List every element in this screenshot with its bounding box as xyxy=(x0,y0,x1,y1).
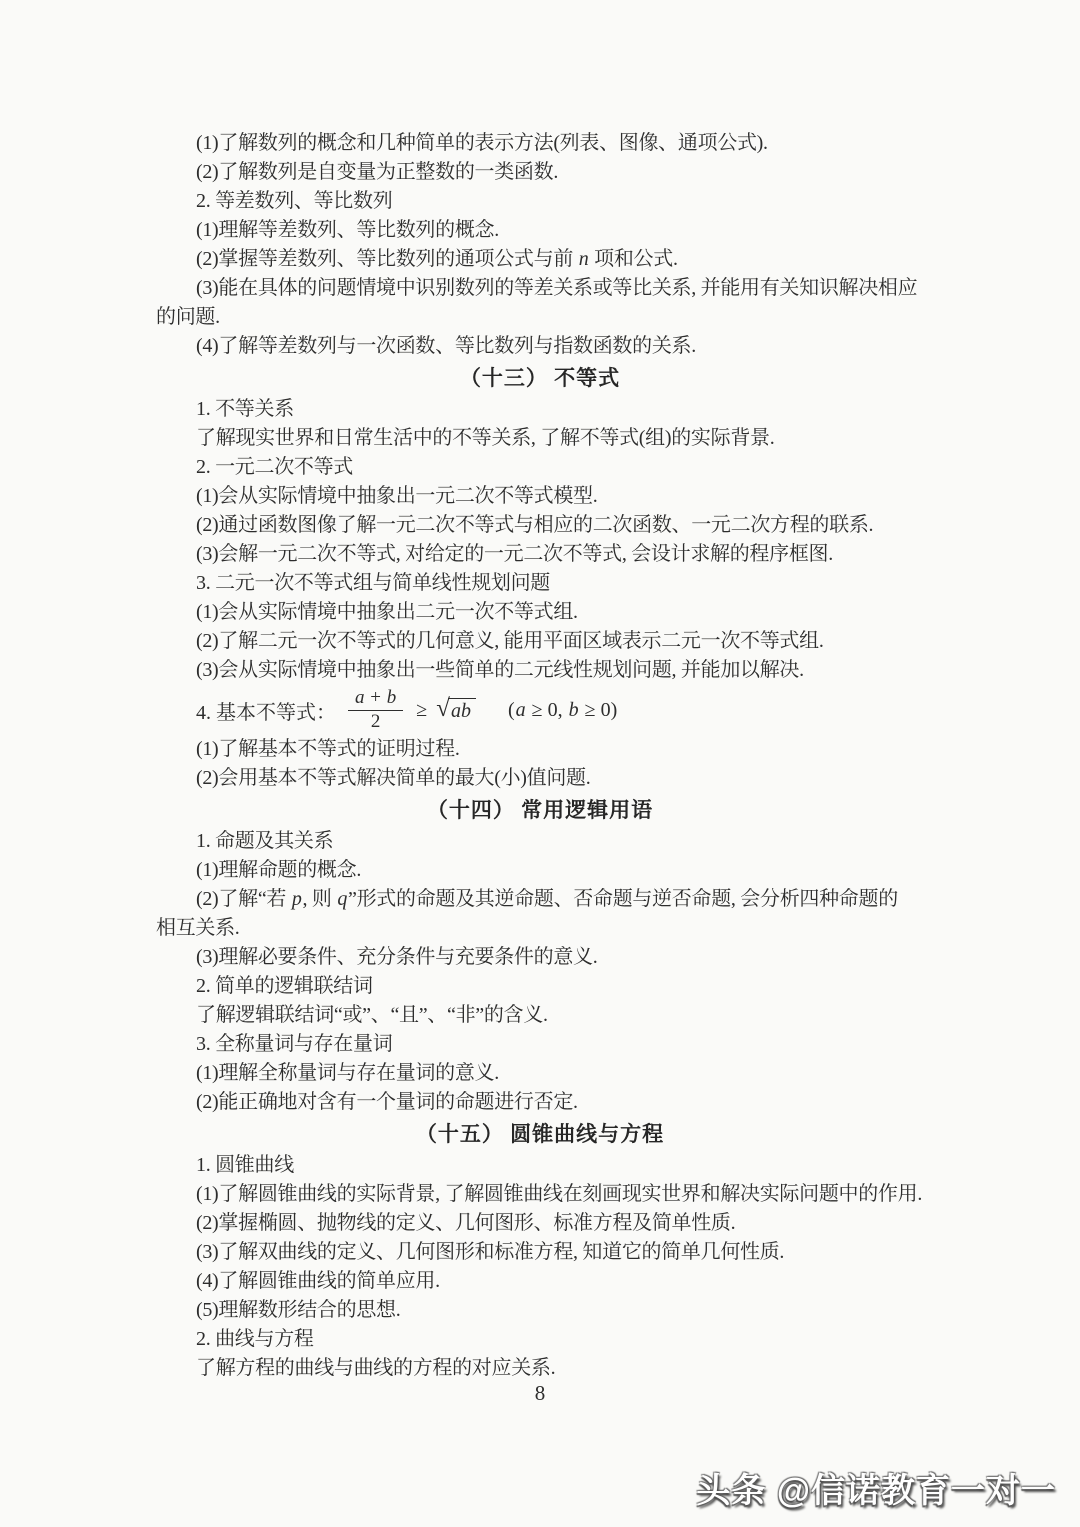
formula-condition: (a ≥ 0, b ≥ 0) xyxy=(508,699,617,722)
text-line: 1. 命题及其关系 xyxy=(156,827,924,856)
text-line: (4)了解圆锥曲线的简单应用. xyxy=(156,1267,924,1296)
text-line: (1)了解数列的概念和几种简单的表示方法(列表、图像、通项公式). xyxy=(156,129,924,158)
text-line: (2)能正确地对含有一个量词的命题进行否定. xyxy=(156,1088,924,1117)
text-line: (3)了解双曲线的定义、几何图形和标准方程, 知道它的简单几何性质. xyxy=(156,1238,924,1267)
text-line: 2. 简单的逻辑联结词 xyxy=(156,972,924,1001)
fraction-numerator: a + b xyxy=(348,688,403,711)
math-variable: ab xyxy=(450,700,472,722)
text-line: (1)了解基本不等式的证明过程. xyxy=(156,735,924,764)
text-line: 2. 等差数列、等比数列 xyxy=(156,187,924,216)
text-line: (2)掌握椭圆、抛物线的定义、几何图形、标准方程及简单性质. xyxy=(156,1209,924,1238)
text-line: (1)了解圆锥曲线的实际背景, 了解圆锥曲线在刻画现实世界和解决实际问题中的作用… xyxy=(156,1180,924,1209)
text-line: (1)理解全称量词与存在量词的意义. xyxy=(156,1059,924,1088)
formula-label: 4. 基本不等式： xyxy=(196,696,336,725)
text-line: (2)通过函数图像了解一元二次不等式与相应的二次函数、一元二次方程的联系. xyxy=(156,511,924,540)
math-variable: q xyxy=(336,888,348,910)
radical: √ab xyxy=(436,698,476,723)
text-line: 1. 圆锥曲线 xyxy=(156,1151,924,1180)
relation-symbol: ≥ xyxy=(416,699,427,722)
text-line: 1. 不等关系 xyxy=(156,395,924,424)
text-line: (2)了解数列是自变量为正整数的一类函数. xyxy=(156,158,924,187)
formula-line: 4. 基本不等式：a + b2≥√ab(a ≥ 0, b ≥ 0) xyxy=(156,685,924,735)
radical-sign-icon: √ xyxy=(436,696,450,721)
text-line: (5)理解数形结合的思想. xyxy=(156,1296,924,1325)
content-lines: (1)了解数列的概念和几种简单的表示方法(列表、图像、通项公式).(2)了解数列… xyxy=(156,129,924,1383)
math-variable: b xyxy=(386,687,398,708)
text-line: (3)能在具体的问题情境中识别数列的等差关系或等比关系, 并能用有关知识解决相应 xyxy=(156,274,924,303)
watermark: 头条 @信诺教育一对一 xyxy=(696,1463,1056,1512)
text-line: (4)了解等差数列与一次函数、等比数列与指数函数的关系. xyxy=(156,332,924,361)
text-line: (1)理解命题的概念. xyxy=(156,856,924,885)
section-heading: （十四） 常用逻辑用语 xyxy=(156,796,924,825)
text-line: 了解现实世界和日常生活中的不等关系, 了解不等式(组)的实际背景. xyxy=(156,424,924,453)
math-variable: b xyxy=(568,699,580,721)
section-heading: （十三） 不等式 xyxy=(156,364,924,393)
text-line: (1)理解等差数列、等比数列的概念. xyxy=(156,216,924,245)
text-line: (2)会用基本不等式解决简单的最大(小)值问题. xyxy=(156,764,924,793)
text-line: (2)掌握等差数列、等比数列的通项公式与前 n 项和公式. xyxy=(156,245,924,274)
text-line: (3)会从实际情境中抽象出一些简单的二元线性规划问题, 并能加以解决. xyxy=(156,656,924,685)
fraction-denominator: 2 xyxy=(371,711,381,733)
text-line: 了解逻辑联结词“或”、“且”、“非”的含义. xyxy=(156,1001,924,1030)
text-line: 3. 二元一次不等式组与简单线性规划问题 xyxy=(156,569,924,598)
document-page: (1)了解数列的概念和几种简单的表示方法(列表、图像、通项公式).(2)了解数列… xyxy=(0,0,1080,1527)
text-line: (3)会解一元二次不等式, 对给定的一元二次不等式, 会设计求解的程序框图. xyxy=(156,540,924,569)
text-line: 2. 曲线与方程 xyxy=(156,1325,924,1354)
radicand: ab xyxy=(448,698,476,723)
math-variable: p xyxy=(291,888,303,910)
math-variable: a xyxy=(515,699,527,721)
text-line: (3)理解必要条件、充分条件与充要条件的意义. xyxy=(156,943,924,972)
text-line: (2)了解二元一次不等式的几何意义, 能用平面区域表示二元一次不等式组. xyxy=(156,627,924,656)
fraction: a + b2 xyxy=(348,688,403,732)
section-heading: （十五） 圆锥曲线与方程 xyxy=(156,1120,924,1149)
text-line: (1)会从实际情境中抽象出一元二次不等式模型. xyxy=(156,482,924,511)
text-line: 相互关系. xyxy=(156,914,924,943)
text-line: 2. 一元二次不等式 xyxy=(156,453,924,482)
text-line: 了解方程的曲线与曲线的方程的对应关系. xyxy=(156,1354,924,1383)
text-line: (1)会从实际情境中抽象出二元一次不等式组. xyxy=(156,598,924,627)
page-number: 8 xyxy=(0,1381,1080,1406)
text-line: (2)了解“若 p, 则 q”形式的命题及其逆命题、否命题与逆否命题, 会分析四… xyxy=(156,885,924,914)
text-line: 的问题. xyxy=(156,303,924,332)
text-line: 3. 全称量词与存在量词 xyxy=(156,1030,924,1059)
math-variable: a xyxy=(354,687,366,708)
math-variable: n xyxy=(578,248,590,270)
